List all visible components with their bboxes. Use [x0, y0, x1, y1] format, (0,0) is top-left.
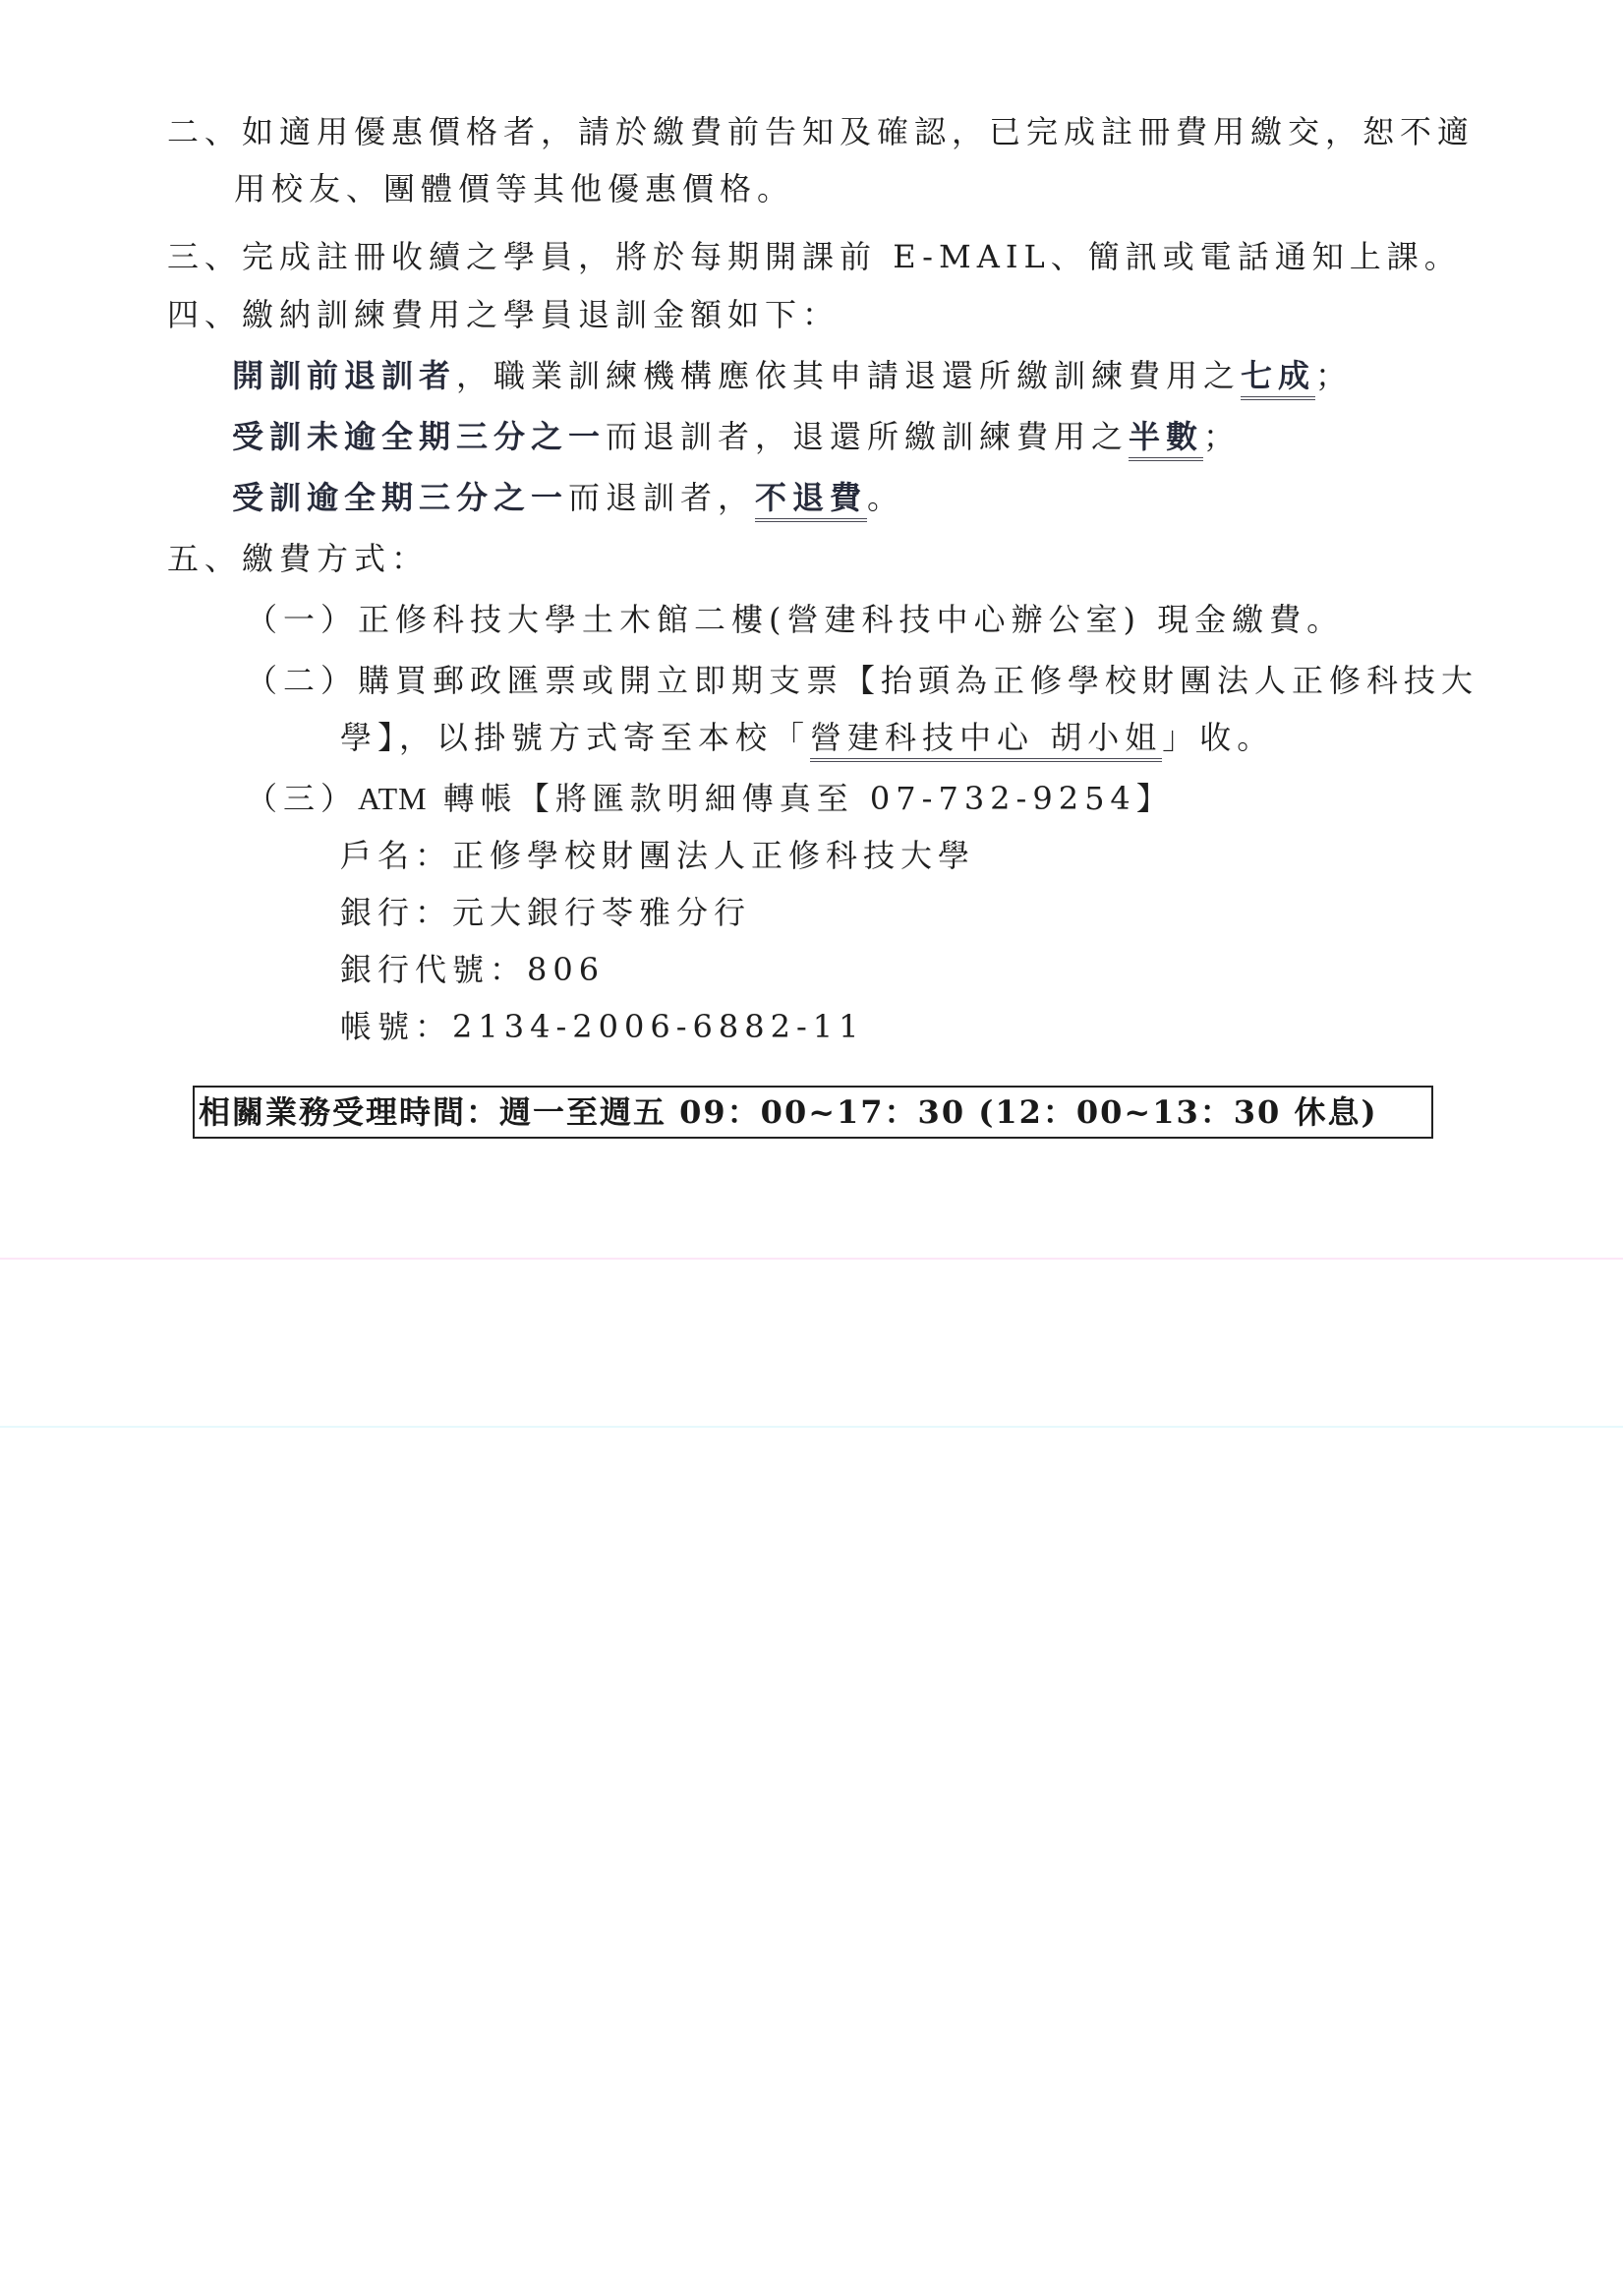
payment-method-2-line1: （二）購買郵政匯票或開立即期支票【抬頭為正修學校財團法人正修科技大 — [246, 661, 1478, 700]
refund-rule-2-text: 而退訓者，退還所繳訓練費用之 — [606, 418, 1129, 455]
payment-method-1-marker: （一） — [246, 601, 358, 638]
bank-code-label: 銀行代號： — [340, 951, 527, 988]
refund-rule-1-condition: 開訓前退訓者 — [232, 357, 456, 394]
item2-line1: 二、如適用優惠價格者，請於繳費前告知及確認，已完成註冊費用繳交，恕不適 — [167, 112, 1475, 151]
account-number-label: 帳號： — [340, 1008, 452, 1045]
refund-rule-2-end: ； — [1203, 418, 1241, 455]
refund-rule-1: 開訓前退訓者，職業訓練機構應依其申請退還所繳訓練費用之七成； — [232, 356, 1353, 395]
item4-text: 繳納訓練費用之學員退訓金額如下： — [242, 296, 840, 333]
refund-rule-2: 受訓未逾全期三分之一而退訓者，退還所繳訓練費用之半數； — [232, 417, 1241, 456]
refund-rule-1-end: ； — [1315, 357, 1353, 394]
refund-rule-3: 受訓逾全期三分之一而退訓者，不退費。 — [232, 478, 904, 517]
refund-rule-3-condition: 受訓逾全期三分之一 — [232, 479, 568, 516]
bank-code-value: 806 — [527, 951, 605, 988]
bank-value: 元大銀行苓雅分行 — [452, 894, 751, 931]
item4-marker: 四、 — [167, 296, 242, 333]
bank-label: 銀行： — [340, 894, 452, 931]
item4-line: 四、繳納訓練費用之學員退訓金額如下： — [167, 295, 840, 334]
refund-rule-3-amount: 不退費 — [755, 479, 867, 522]
payment-method-2-text-line1: 購買郵政匯票或開立即期支票【抬頭為正修學校財團法人正修科技大 — [358, 662, 1478, 699]
payment-method-2-marker: （二） — [246, 662, 358, 699]
payment-method-1: （一）正修科技大學土木館二樓(營建科技中心辦公室) 現金繳費。 — [246, 600, 1344, 639]
payment-method-3-text: 轉帳【將匯款明細傳真至 07-732-9254】 — [428, 780, 1174, 817]
refund-rule-1-text: ，職業訓練機構應依其申請退還所繳訓練費用之 — [456, 357, 1241, 394]
document-page: 二、如適用優惠價格者，請於繳費前告知及確認，已完成註冊費用繳交，恕不適 用校友、… — [0, 0, 1623, 2296]
payment-method-2-line2: 學】，以掛號方式寄至本校「營建科技中心 胡小姐」收。 — [340, 718, 1274, 757]
bank-row: 銀行：元大銀行苓雅分行 — [340, 893, 751, 932]
account-number-value: 2134-2006-6882-11 — [452, 1008, 864, 1045]
item5-text: 繳費方式： — [242, 540, 429, 577]
payment-method-3-atm: ATM — [358, 781, 428, 816]
payment-method-3-line1: （三）ATM 轉帳【將匯款明細傳真至 07-732-9254】 — [246, 779, 1174, 818]
item2-line2: 用校友、團體價等其他優惠價格。 — [234, 169, 794, 208]
account-name-row: 戶名：正修學校財團法人正修科技大學 — [340, 836, 975, 875]
item3-marker: 三、 — [167, 238, 242, 275]
business-hours-box: 相關業務受理時間：週一至週五 09：00~17：30 (12：00~13：30 … — [193, 1086, 1433, 1139]
item5-marker: 五、 — [167, 540, 242, 577]
item2-text-line1: 如適用優惠價格者，請於繳費前告知及確認，已完成註冊費用繳交，恕不適 — [242, 113, 1475, 150]
account-name-label: 戶名： — [340, 837, 452, 874]
refund-rule-2-amount: 半數 — [1129, 418, 1203, 461]
item5-line: 五、繳費方式： — [167, 539, 429, 578]
refund-rule-2-condition: 受訓未逾全期三分之一 — [232, 418, 606, 455]
payment-method-2-recipient: 營建科技中心 胡小姐 — [810, 719, 1162, 762]
account-name-value: 正修學校財團法人正修科技大學 — [452, 837, 975, 874]
payment-method-2-prefix: 學】，以掛號方式寄至本校「 — [340, 719, 810, 756]
item3-text: 完成註冊收續之學員，將於每期開課前 E-MAIL、簡訊或電話通知上課。 — [242, 238, 1462, 275]
refund-rule-3-end: 。 — [867, 479, 904, 516]
bank-code-row: 銀行代號：806 — [340, 950, 605, 989]
business-hours-text: 相關業務受理時間：週一至週五 09：00~17：30 (12：00~13：30 … — [199, 1093, 1378, 1131]
item2-marker: 二、 — [167, 113, 242, 150]
scan-artifact-line — [0, 1258, 1623, 1260]
refund-rule-1-amount: 七成 — [1241, 357, 1315, 400]
refund-rule-3-text: 而退訓者， — [568, 479, 755, 516]
scan-artifact-line — [0, 1426, 1623, 1428]
payment-method-2-suffix: 」收。 — [1162, 719, 1274, 756]
payment-method-3-marker: （三） — [246, 780, 358, 817]
account-number-row: 帳號：2134-2006-6882-11 — [340, 1007, 864, 1046]
item3-line: 三、完成註冊收續之學員，將於每期開課前 E-MAIL、簡訊或電話通知上課。 — [167, 237, 1462, 276]
payment-method-1-text: 正修科技大學土木館二樓(營建科技中心辦公室) 現金繳費。 — [358, 601, 1344, 638]
